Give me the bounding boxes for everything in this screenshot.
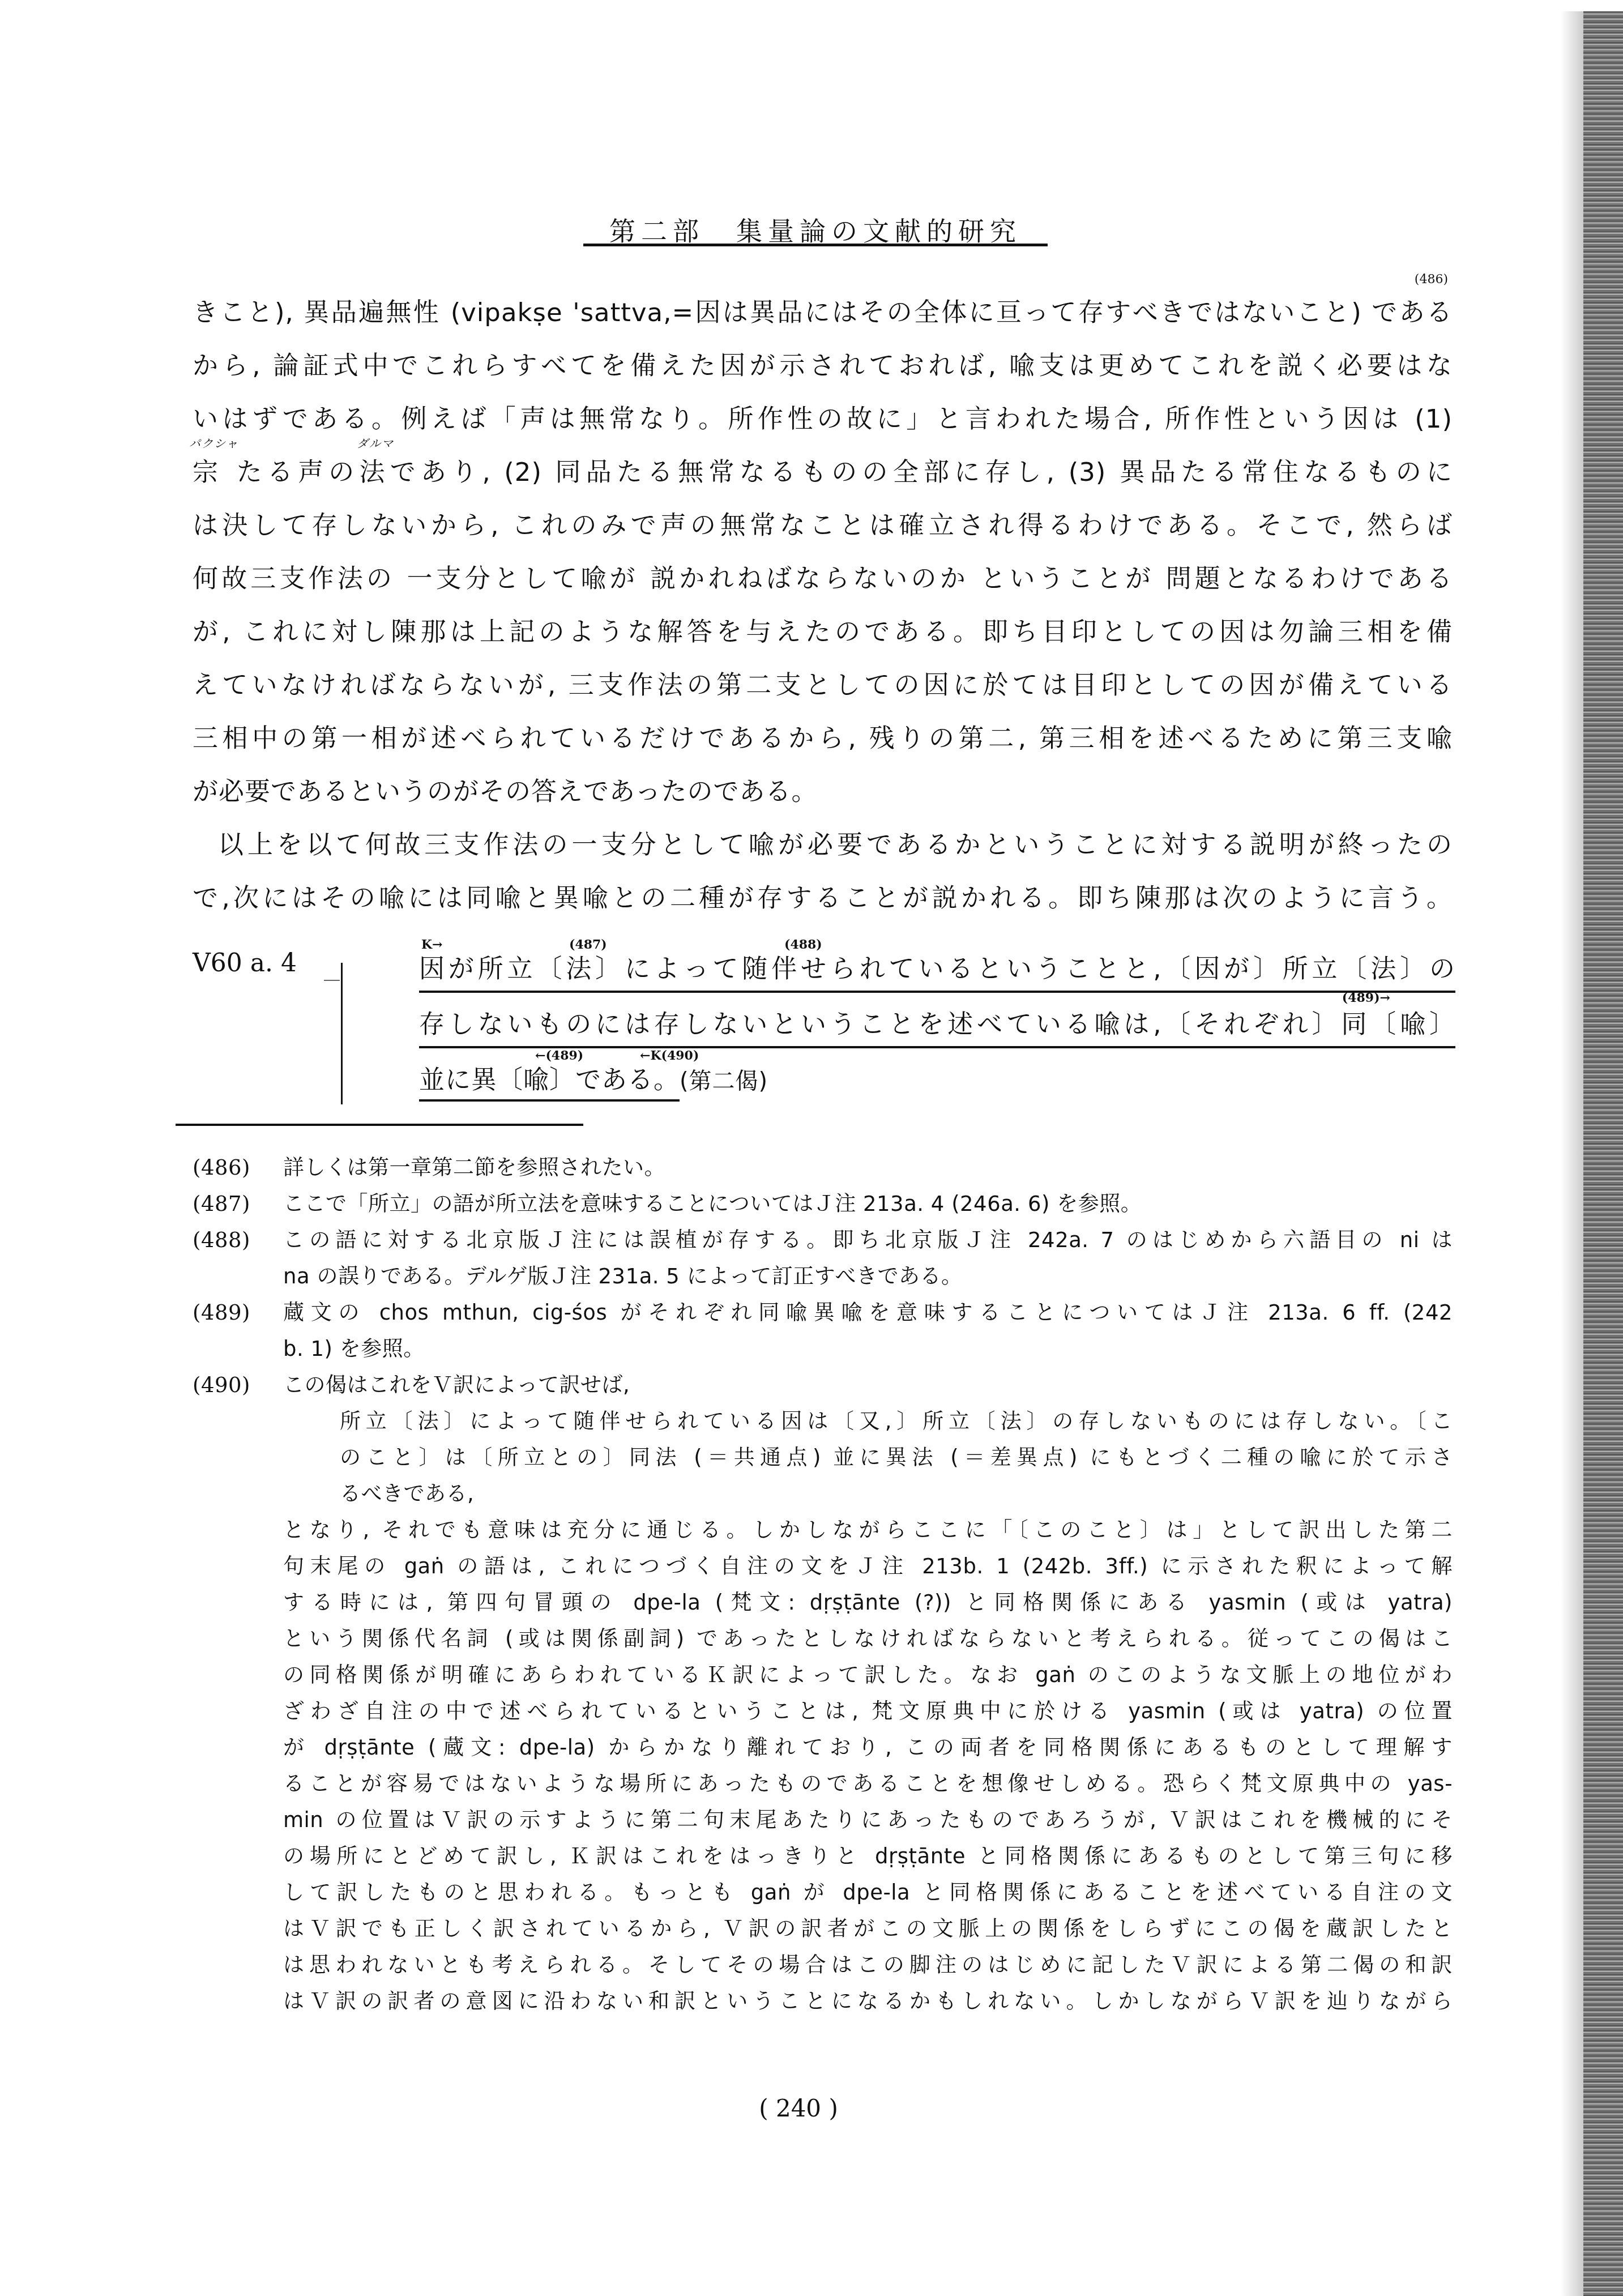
footnote-ref-486[interactable]: (486) <box>1415 274 1448 286</box>
body-line: から, 論証式中でこれらすべてを備えた因が示されておれば, 喩支は更めてこれを説… <box>193 339 1453 392</box>
page-number: ( 240 ) <box>759 2094 838 2122</box>
verse-line: (489)→ 存しないものには存しないということを述べている喩は,〔それぞれ〕同… <box>419 993 1455 1048</box>
footnote-487: (487) ここで「所立」の語が所立法を意味することについてはＪ注 213a. … <box>193 1186 1453 1222</box>
k-start-mark: K→ <box>421 938 443 951</box>
body-line: が, これに対し陳那は上記のような解答を与えたのである。即ち目印としての因は勿論… <box>193 605 1453 659</box>
footnote-number: (489) <box>193 1295 250 1331</box>
body-line: が必要であるというのがその答えであったのである。 <box>193 765 1453 818</box>
body-text: きこと), 異品遍無性 (vipakṣe 'sattva,=因は異品にはその全体… <box>193 286 1453 925</box>
footnote-number: (487) <box>193 1186 250 1222</box>
verse-bar <box>341 963 343 1104</box>
ruby-paksa: パクシャ <box>189 438 239 449</box>
body-line: で,次にはその喩には同喩と異喩との二種が存することが説かれる。即ち陳那は次のよう… <box>193 872 1453 925</box>
body-line: えていなければならないが, 三支作法の第二支としての因に於ては目印としての因が備… <box>193 659 1453 712</box>
footnote-490: (490) この偈はこれをＶ訳によって訳せば, 所立〔法〕によって随伴せられてい… <box>193 1367 1453 2020</box>
ruby-dharma: ダルマ <box>357 438 394 449</box>
footnote-ref-487[interactable]: (487) <box>569 938 607 951</box>
verse-tick <box>324 980 340 981</box>
running-head: 第二部 集量論の文献的研究 <box>578 211 1053 248</box>
footnote-486: (486) 詳しくは第一章第二節を参照されたい。 <box>193 1150 1453 1186</box>
footnote-rule <box>176 1124 583 1126</box>
body-line: パクシャ ダルマ 宗 たる声の法であり, (2) 同品たる無常なるものの全部に存… <box>193 446 1453 499</box>
footnote-number: (486) <box>193 1150 250 1186</box>
verse-line: ←(489) ←K(490) 並に異〔喩〕である。(第二偈) <box>419 1048 1455 1104</box>
footnote-489: (489) 蔵文の chos mthun, cig-śos がそれぞれ同喩異喩を… <box>193 1295 1453 1367</box>
footnote-ref-490-k[interactable]: ←K(490) <box>640 1049 699 1062</box>
footnote-ref-488[interactable]: (488) <box>784 938 822 951</box>
footnote-number: (488) <box>193 1222 250 1258</box>
verse-number-note: (第二偈) <box>680 1068 768 1094</box>
scan-edge-artifact <box>1583 11 1623 2296</box>
body-line: 何故三支作法の 一支分として喩が 説かれねばならないのか ということが 問題とな… <box>193 552 1453 605</box>
verse-line: K→ (487) (488) 因が所立〔法〕によって随伴せられているということと… <box>419 937 1455 993</box>
footnotes: (486) 詳しくは第一章第二節を参照されたい。 (487) ここで「所立」の語… <box>193 1150 1453 2020</box>
footnote-ref-489-right[interactable]: (489)→ <box>1342 992 1390 1004</box>
verse-body: K→ (487) (488) 因が所立〔法〕によって随伴せられているということと… <box>419 937 1455 1104</box>
body-line: きこと), 異品遍無性 (vipakṣe 'sattva,=因は異品にはその全体… <box>193 286 1453 339</box>
running-head-rule <box>583 244 1048 246</box>
verse-reference: V60 a. 4 <box>193 949 297 978</box>
footnote-488: (488) この語に対する北京版Ｊ注には誤植が存する。即ち北京版Ｊ注 242a.… <box>193 1222 1453 1295</box>
footnote-ref-489-left[interactable]: ←(489) <box>535 1049 583 1062</box>
body-line: は決して存しないから, これのみで声の無常なことは確立され得るわけである。そこで… <box>193 499 1453 552</box>
verse-block: V60 a. 4 K→ (487) (488) 因が所立〔法〕によって随伴せられ… <box>193 937 1455 1090</box>
body-line: 三相中の第一相が述べられているだけであるから, 残りの第二, 第三相を述べるため… <box>193 712 1453 765</box>
footnote-number: (490) <box>193 1367 250 1403</box>
footnote-quote: 所立〔法〕によって随伴せられている因は〔又,〕所立〔法〕の存しないものには存しな… <box>283 1403 1453 1512</box>
body-line: 以上を以て何故三支作法の一支分として喩が必要であるかということに対する説明が終っ… <box>193 818 1453 872</box>
